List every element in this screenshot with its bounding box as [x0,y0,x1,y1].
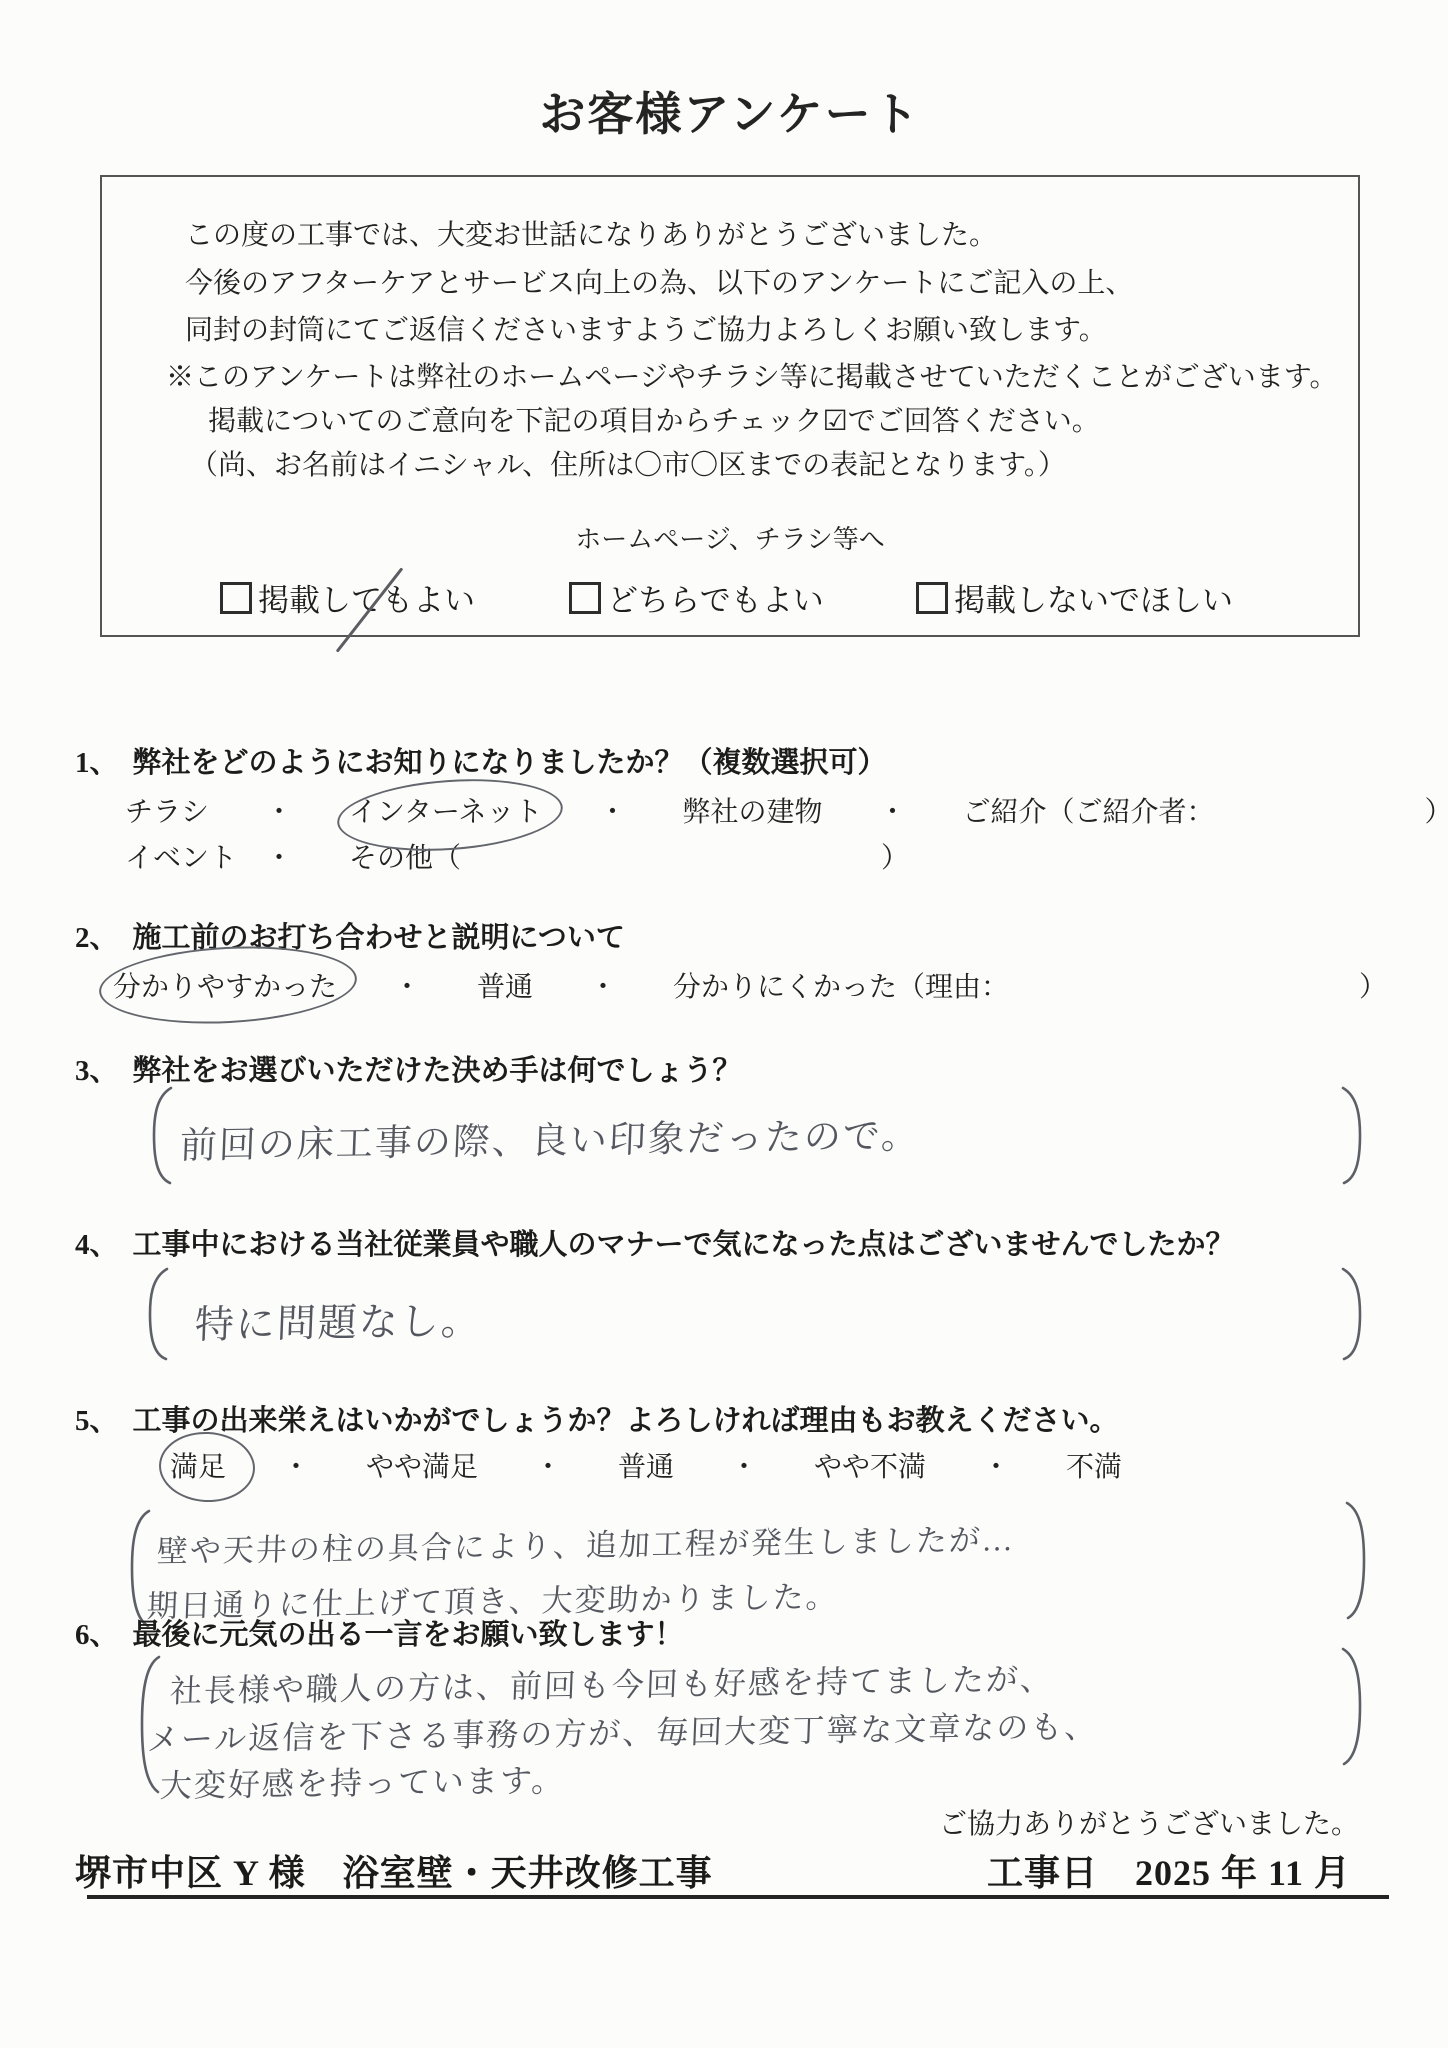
handwritten-answer: 特に問題なし。 [194,1290,483,1350]
handwritten-answer: 前回の床工事の際、良い印象だったので。 [179,1105,921,1169]
intro-line: 今後のアフターケアとサービス向上の為、以下のアンケートにご記入の上、 [185,261,1133,301]
intro-line: 同封の封筒にてご返信くださいますようご協力よろしくお願い致します。 [185,308,1107,348]
question-2: 2、施工前のお打ち合わせと説明について 分かりやすかった ・ 普通 ・ 分かりに… [75,915,1367,956]
publish-option-no[interactable]: 掲載しないでほしい [916,575,1233,620]
answer-bracket-right [1337,1083,1371,1188]
checkbox-icon[interactable] [220,582,252,614]
question-title: 3、弊社をお選びいただけた決め手は何でしょう？ [75,1048,1367,1089]
question-3: 3、弊社をお選びいただけた決め手は何でしょう？ 前回の床工事の際、良い印象だった… [75,1048,1367,1089]
intro-line-note: ※このアンケートは弊社のホームページやチラシ等に掲載させていただくことがございま… [166,355,1338,395]
publish-option-label: 掲載しないでほしい [954,583,1233,618]
question-title: 6、最後に元気の出る一言をお願い致します！ [75,1612,1367,1653]
answer-bracket-right [1337,1264,1371,1364]
intro-line-note: 掲載についてのご意向を下記の項目からチェック☑でご回答ください。 [208,399,1100,439]
publish-option-either[interactable]: どちらでもよい [569,575,824,620]
handwritten-answer: 大変好感を持っています。 [159,1755,566,1807]
question-title: 5、工事の出来栄えはいかがでしょうか？よろしければ理由もお教えください。 [75,1398,1367,1439]
question-1: 1、弊社をどのようにお知りになりましたか？（複数選択可） チラシ ・ インターネ… [75,740,1367,781]
publish-option-label: どちらでもよい [607,583,824,618]
question-1-options-row: チラシ ・ インターネット ・ 弊社の建物 ・ ご紹介（ご紹介者： ） [125,790,1448,830]
question-1-options-row: イベント ・ その他（ ） [125,836,909,876]
footer: 堺市中区 Y 様 浴室壁・天井改修工事 工事日 2025 年 11 月 [75,1845,1393,1901]
intro-line-note: （尚、お名前はイニシャル、住所は〇市〇区までの表記となります。） [190,443,1066,483]
footer-customer-project: 堺市中区 Y 様 浴室壁・天井改修工事 [75,1845,713,1896]
question-number: 4、 [75,1222,119,1263]
footer-underline [87,1895,1389,1899]
answer-bracket-left [143,1083,177,1188]
question-4: 4、工事中における当社従業員や職人のマナーで気になった点はございませんでしたか？… [75,1222,1367,1263]
question-number: 1、 [75,740,119,781]
publish-target-label: ホームページ、チラシ等へ [102,519,1358,556]
handwritten-circle-manzoku [157,1430,257,1505]
answer-bracket-left [139,1264,173,1364]
question-number: 6、 [75,1612,119,1653]
question-5-options-row: 満足 ・ やや満足 ・ 普通 ・ やや不満 ・ 不満 [170,1445,1122,1485]
survey-scan-page: お客様アンケート この度の工事では、大変お世話になりありがとうございました。 今… [0,0,1448,2048]
checkbox-icon[interactable] [916,582,948,614]
footer-work-date: 工事日 2025 年 11 月 [987,1845,1351,1896]
question-6: 6、最後に元気の出る一言をお願い致します！ 社長様や職人の方は、前回も今回も好感… [75,1612,1367,1653]
question-number: 2、 [75,915,119,956]
answer-bracket-right [1337,1644,1371,1769]
handwritten-answer: 壁や天井の柱の具合により、追加工程が発生しましたが… [156,1514,1016,1571]
question-number: 3、 [75,1048,119,1089]
intro-box: この度の工事では、大変お世話になりありがとうございました。 今後のアフターケアと… [100,175,1360,637]
question-title: 4、工事中における当社従業員や職人のマナーで気になった点はございませんでしたか？ [75,1222,1367,1263]
checkbox-icon[interactable] [569,582,601,614]
closing-thanks: ご協力ありがとうございました。 [939,1802,1359,1842]
question-number: 5、 [75,1398,119,1439]
publish-choice-row: 掲載してもよい どちらでもよい 掲載しないでほしい [102,575,1358,621]
intro-line: この度の工事では、大変お世話になりありがとうございました。 [185,213,997,253]
answer-bracket-right [1341,1498,1375,1623]
question-title: 1、弊社をどのようにお知りになりましたか？（複数選択可） [75,740,1367,781]
publish-option-ok[interactable]: 掲載してもよい [220,575,475,620]
question-5: 5、工事の出来栄えはいかがでしょうか？よろしければ理由もお教えください。 満足 … [75,1398,1367,1439]
page-title: お客様アンケート [100,78,1360,144]
